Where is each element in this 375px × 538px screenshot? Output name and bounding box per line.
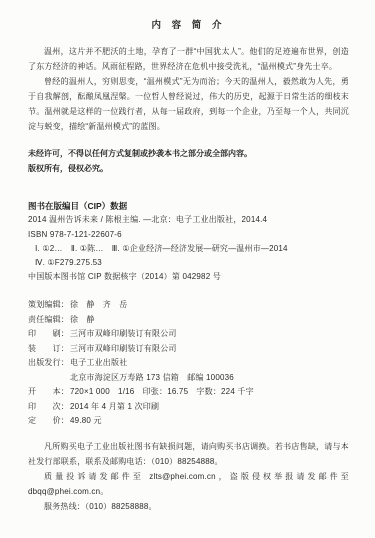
colophon-label: 责任编辑： — [28, 313, 70, 328]
colophon-label: 出版发行： — [28, 356, 70, 371]
footer-note-complaint-email: 质量投诉请发邮件至 zlts@phei.com.cn，盗版侵权举报请发邮件至 d… — [28, 469, 349, 499]
cip-classification-line-2: Ⅳ. ①F279.275.53 — [28, 256, 349, 270]
copyright-notice-section: 未经许可，不得以任何方式复制或抄袭本书之部分或全部内容。 版权所有，侵权必究。 — [28, 146, 349, 176]
cip-heading: 图书在版编目（CIP）数据 — [28, 200, 349, 212]
colophon-row-format: 开 本：720×1 000 1/16 印张：16.75 字数：224 千字 — [28, 385, 349, 400]
content-summary-title: 内 容 简 介 — [28, 17, 349, 31]
colophon-label: 印 次： — [28, 400, 70, 415]
intro-paragraph-2: 曾经的温州人，穷则思变，“温州模式”无为而治；今天的温州人，毅然敢为人先，勇于自… — [28, 74, 349, 134]
colophon-row-price: 定 价：49.80 元 — [28, 414, 349, 429]
colophon-value: 720×1 000 1/16 印张：16.75 字数：224 千字 — [70, 385, 254, 400]
colophon-value: 2014 年 4 月第 1 次印刷 — [70, 400, 159, 415]
cip-data-section: 图书在版编目（CIP）数据 2014 温州告诉未来 / 陈根主编. —北京：电子… — [28, 200, 349, 284]
colophon-row-print-run: 印 次：2014 年 4 月第 1 次印刷 — [28, 400, 349, 415]
colophon-label: 策划编辑： — [28, 298, 70, 313]
colophon-value: 49.80 元 — [70, 414, 102, 429]
colophon-label: 印 刷： — [28, 327, 70, 342]
colophon-value: 北京市海淀区万寿路 173 信箱 邮编 100036 — [70, 371, 234, 386]
colophon-value: 徐 静 齐 岳 — [70, 298, 127, 313]
colophon-label: 装 订： — [28, 342, 70, 357]
colophon-row-responsible-editor: 责任编辑：徐 静 — [28, 313, 349, 328]
cip-entry: 2014 温州告诉未来 / 陈根主编. —北京：电子工业出版社，2014.4 — [28, 212, 349, 227]
colophon-label: 开 本： — [28, 385, 70, 400]
colophon-row-planning-editor: 策划编辑：徐 静 齐 岳 — [28, 298, 349, 313]
content-summary-section: 温州，这片并不肥沃的土地，孕育了一群“中国犹太人”。他们的足迹遍布世界，创造了东… — [28, 44, 349, 134]
cip-registry-number: 中国版本图书馆 CIP 数据核字（2014）第 042982 号 — [28, 270, 349, 284]
colophon-label: 定 价： — [28, 414, 70, 429]
colophon-value: 三河市双峰印刷装订有限公司 — [70, 327, 177, 342]
colophon-row-binder: 装 订：三河市双峰印刷装订有限公司 — [28, 342, 349, 357]
no-copy-notice: 未经许可，不得以任何方式复制或抄袭本书之部分或全部内容。 — [28, 146, 349, 161]
colophon-value: 三河市双峰印刷装订有限公司 — [70, 342, 177, 357]
copyright-page: 内 容 简 介 温州，这片并不肥沃的土地，孕育了一群“中国犹太人”。他们的足迹遍… — [0, 0, 375, 538]
service-notes-section: 凡所购买电子工业出版社图书有缺损问题，请向购买书店调换。若书店售缺，请与本社发行… — [28, 439, 349, 514]
colophon-value: 电子工业出版社 — [70, 356, 127, 371]
footer-note-exchange: 凡所购买电子工业出版社图书有缺损问题，请向购买书店调换。若书店售缺，请与本社发行… — [28, 439, 349, 469]
colophon-row-publisher-address: 北京市海淀区万寿路 173 信箱 邮编 100036 — [28, 371, 349, 386]
cip-classification-line-1: Ⅰ. ①2… Ⅱ. ①陈… Ⅲ. ①企业经济—经济发展—研究—温州市—2014 — [28, 242, 349, 256]
intro-paragraph-1: 温州，这片并不肥沃的土地，孕育了一群“中国犹太人”。他们的足迹遍布世界，创造了东… — [28, 44, 349, 74]
isbn-line: ISBN 978-7-121-22607-6 — [28, 227, 349, 242]
colophon-row-printer: 印 刷：三河市双峰印刷装订有限公司 — [28, 327, 349, 342]
colophon-section: 策划编辑：徐 静 齐 岳 责任编辑：徐 静 印 刷：三河市双峰印刷装订有限公司 … — [28, 298, 349, 429]
footer-note-hotline: 服务热线：（010）88258888。 — [28, 499, 349, 514]
all-rights-reserved-notice: 版权所有，侵权必究。 — [28, 161, 349, 176]
colophon-row-publisher: 出版发行：电子工业出版社 — [28, 356, 349, 371]
colophon-value: 徐 静 — [70, 313, 95, 328]
